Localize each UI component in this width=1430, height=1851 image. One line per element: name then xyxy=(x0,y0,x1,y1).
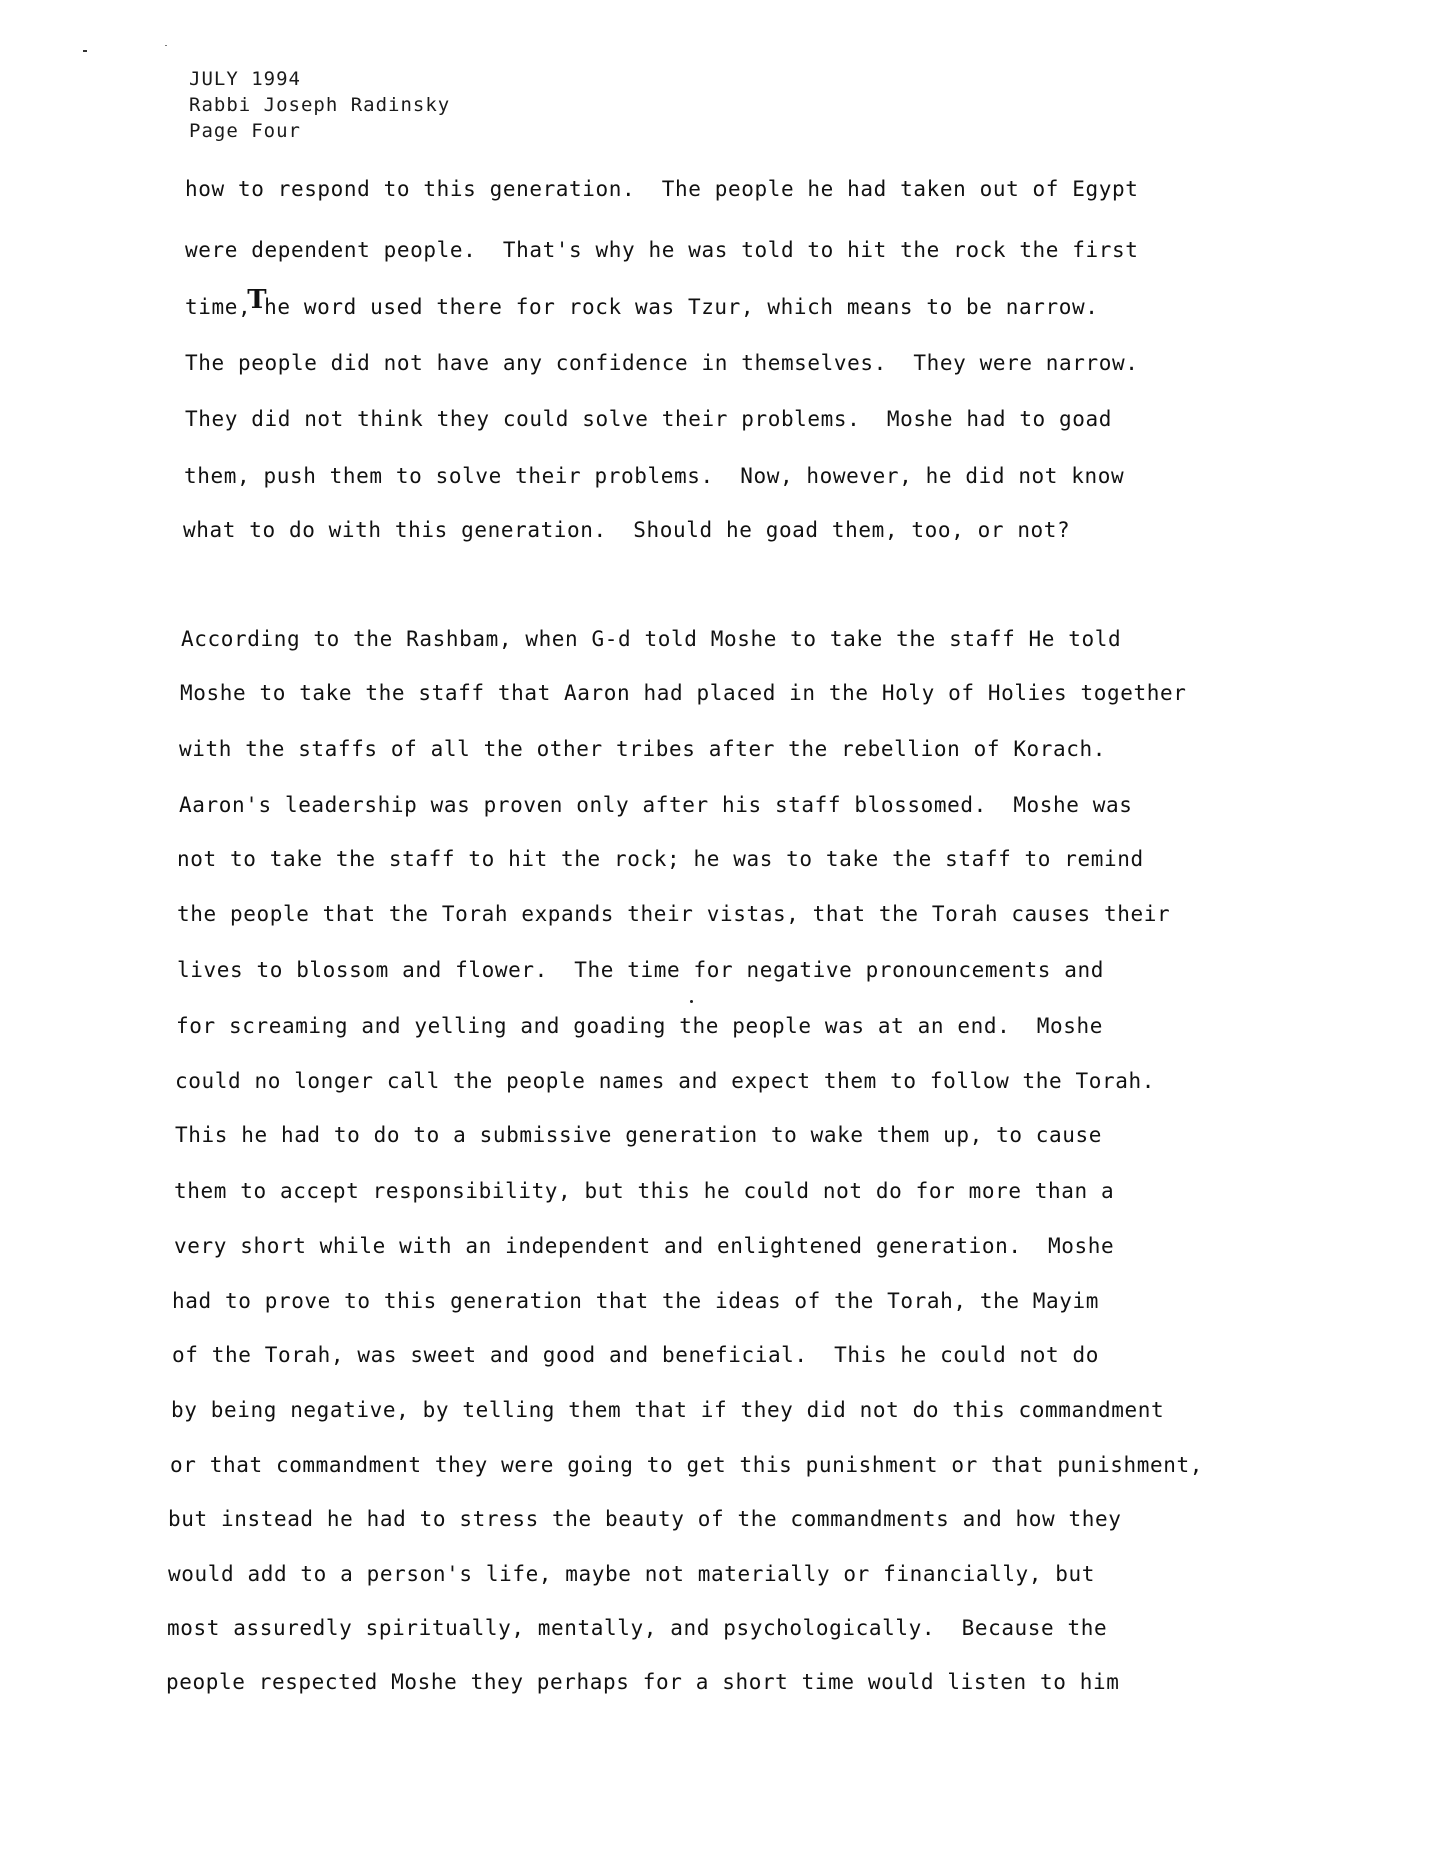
text-line: by being negative, by telling them that … xyxy=(171,1397,1164,1423)
text-line: for screaming and yelling and goading th… xyxy=(176,1013,1103,1039)
text-line: would add to a person's life, maybe not … xyxy=(168,1561,1095,1587)
text-line: how to respond to this generation. The p… xyxy=(185,176,1139,202)
text-line: very short while with an independent and… xyxy=(174,1233,1114,1259)
text-line: the people that the Torah expands their … xyxy=(177,901,1170,927)
text-line: lives to blossom and flower. The time fo… xyxy=(177,957,1104,983)
header-author: Rabbi Joseph Radinsky xyxy=(189,92,450,118)
text-line: According to the Rashbam, when G-d told … xyxy=(181,626,1121,652)
text-line: not to take the staff to hit the rock; h… xyxy=(177,846,1144,872)
text-line: them to accept responsibility, but this … xyxy=(174,1178,1114,1204)
text-line: most assuredly spiritually, mentally, an… xyxy=(167,1615,1107,1641)
text-line: Moshe to take the staff that Aaron had p… xyxy=(180,680,1186,706)
document-header: JULY 1994 Rabbi Joseph Radinsky Page Fou… xyxy=(189,66,450,144)
handwritten-insert-mark: T xyxy=(247,285,267,315)
text-line: were dependent people. That's why he was… xyxy=(185,237,1139,263)
header-page-number: Page Four xyxy=(189,118,450,144)
text-line: people respected Moshe they perhaps for … xyxy=(166,1669,1120,1695)
text-line: what to do with this generation. Should … xyxy=(183,517,1070,543)
text-line: Aaron's leadership was proven only after… xyxy=(179,792,1133,818)
text-line: but instead he had to stress the beauty … xyxy=(168,1506,1122,1532)
text-line: This he had to do to a submissive genera… xyxy=(175,1122,1102,1148)
text-line: of the Torah, was sweet and good and ben… xyxy=(172,1342,1099,1368)
document-page: JULY 1994 Rabbi Joseph Radinsky Page Fou… xyxy=(0,0,1430,1851)
scan-speck xyxy=(690,1000,693,1003)
text-line: them, push them to solve their problems.… xyxy=(184,463,1124,489)
scan-speck xyxy=(165,45,167,46)
text-line: time,The word used there for rock was Tz… xyxy=(185,293,1099,320)
text-line: or that commandment they were going to g… xyxy=(170,1452,1203,1478)
text-fragment: time, xyxy=(185,295,251,319)
scan-speck xyxy=(83,50,87,52)
text-line: could no longer call the people names an… xyxy=(175,1068,1155,1094)
text-line: with the staffs of all the other tribes … xyxy=(179,736,1106,762)
text-line: They did not think they could solve thei… xyxy=(185,406,1112,432)
header-date: JULY 1994 xyxy=(189,66,450,92)
text-fragment: he word used there for rock was Tzur, wh… xyxy=(264,295,1098,319)
text-line: The people did not have any confidence i… xyxy=(185,350,1139,376)
text-line: had to prove to this generation that the… xyxy=(172,1288,1099,1314)
